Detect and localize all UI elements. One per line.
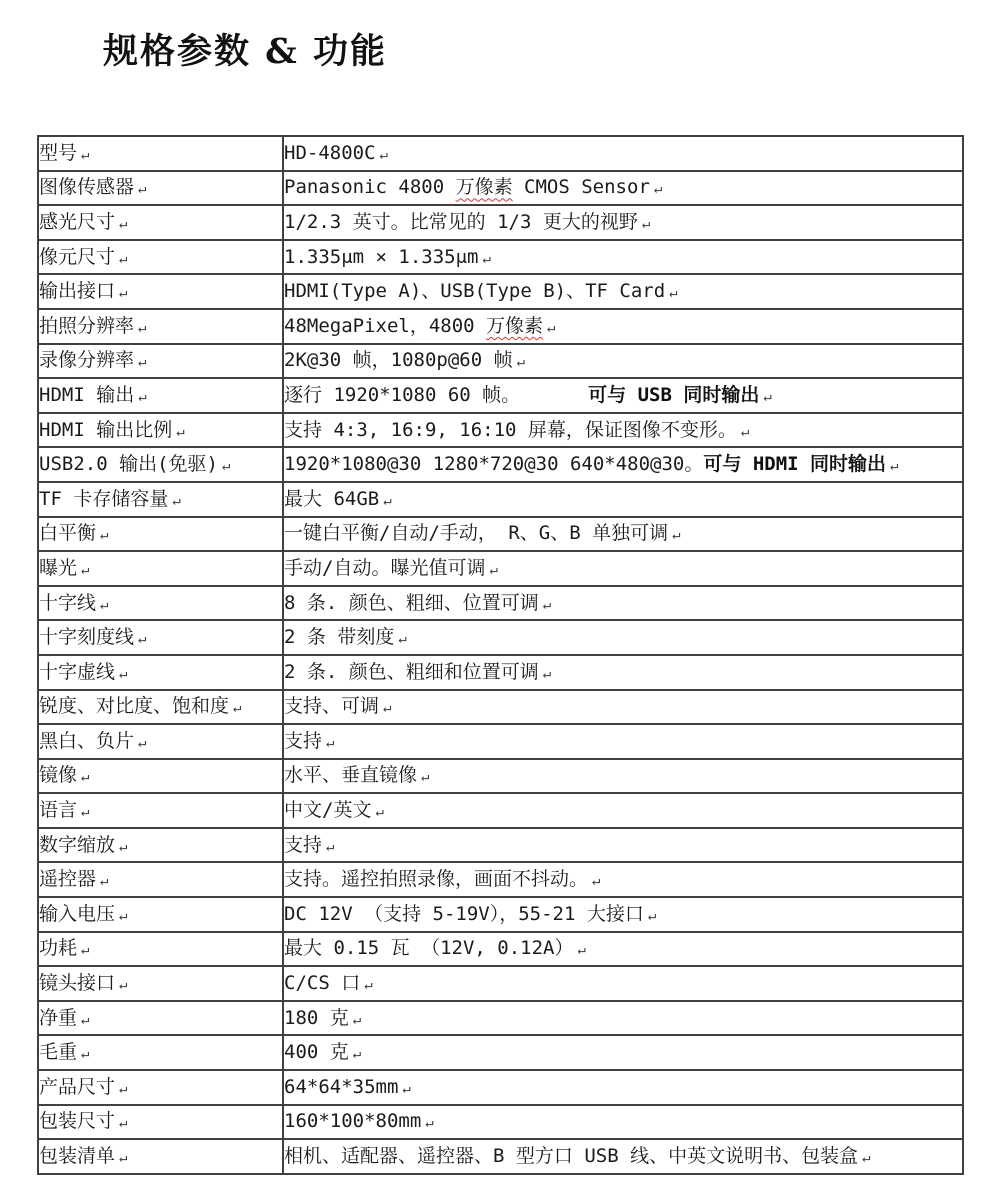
spec-label-cell: 数字缩放↵ xyxy=(38,828,283,863)
spec-value-text: 支持。遥控拍照录像，画面不抖动。 xyxy=(284,868,588,890)
table-row: HDMI 输出比例↵支持 4:3, 16:9, 16:10 屏幕，保证图像不变形… xyxy=(38,413,963,448)
spec-value-text: 2 条. 颜色、粗细和位置可调 xyxy=(284,661,539,683)
spec-value-text: 1/2.3 英寸。比常见的 1/3 更大的视野 xyxy=(284,211,638,233)
spec-value-text: 1.335μm × 1.335μm xyxy=(284,246,478,268)
pilcrow-mark: ↵ xyxy=(862,1150,870,1166)
spec-value-cell: Panasonic 4800 万像素 CMOS Sensor↵ xyxy=(283,171,963,206)
table-row: 黑白、负片↵支持↵ xyxy=(38,724,963,759)
spec-label-cell: 输出接口↵ xyxy=(38,274,283,309)
pilcrow-mark: ↵ xyxy=(233,700,241,716)
spec-label-cell: 曝光↵ xyxy=(38,551,283,586)
spec-value-text: 逐行 1920*1080 60 帧。 xyxy=(284,384,520,406)
spec-value-cell: 手动/自动。曝光值可调↵ xyxy=(283,551,963,586)
spec-label-cell: 镜像↵ xyxy=(38,759,283,794)
table-row: 像元尺寸↵1.335μm × 1.335μm↵ xyxy=(38,240,963,275)
table-row: 语言↵中文/英文↵ xyxy=(38,793,963,828)
spec-value-cell: 2K@30 帧，1080p@60 帧↵ xyxy=(283,344,963,379)
spec-value-cell: 支持、可调↵ xyxy=(283,690,963,725)
spec-value-cell: 180 克↵ xyxy=(283,1001,963,1036)
pilcrow-mark: ↵ xyxy=(648,908,656,924)
spec-value-cell: 2 条 带刻度↵ xyxy=(283,620,963,655)
spec-label-text: 包装清单 xyxy=(39,1145,115,1167)
spec-label-text: 型号 xyxy=(39,142,77,164)
spec-value-text: 最大 64GB xyxy=(284,488,379,510)
pilcrow-mark: ↵ xyxy=(402,1081,410,1097)
table-row: 拍照分辨率↵48MegaPixel，4800 万像素↵ xyxy=(38,309,963,344)
pilcrow-mark: ↵ xyxy=(119,216,127,232)
pilcrow-mark: ↵ xyxy=(119,908,127,924)
spec-value-text: 180 克 xyxy=(284,1007,349,1029)
spec-label-text: 录像分辨率 xyxy=(39,349,134,371)
pilcrow-mark: ↵ xyxy=(119,839,127,855)
table-row: 包装清单↵相机、适配器、遥控器、B 型方口 USB 线、中英文说明书、包装盒↵ xyxy=(38,1139,963,1174)
pilcrow-mark: ↵ xyxy=(547,320,555,336)
spec-label-text: USB2.0 输出(免驱) xyxy=(39,453,218,475)
pilcrow-mark: ↵ xyxy=(119,1150,127,1166)
spec-value-text: 支持、可调 xyxy=(284,695,379,717)
pilcrow-mark: ↵ xyxy=(81,769,89,785)
pilcrow-mark: ↵ xyxy=(172,493,180,509)
pilcrow-mark: ↵ xyxy=(326,735,334,751)
spec-label-cell: 黑白、负片↵ xyxy=(38,724,283,759)
spec-value-text: 8 条. 颜色、粗细、位置可调 xyxy=(284,592,539,614)
pilcrow-mark: ↵ xyxy=(425,1115,433,1131)
table-row: TF 卡存储容量↵最大 64GB↵ xyxy=(38,482,963,517)
spec-label-cell: 毛重↵ xyxy=(38,1035,283,1070)
pilcrow-mark: ↵ xyxy=(81,562,89,578)
spec-value-text: 400 克 xyxy=(284,1041,349,1063)
spec-value-text: 48MegaPixel，4800 xyxy=(284,315,486,337)
pilcrow-mark: ↵ xyxy=(669,285,677,301)
spec-label-cell: 录像分辨率↵ xyxy=(38,344,283,379)
spec-value-text: 万像素 xyxy=(486,315,543,337)
table-row: 镜头接口↵C/CS 口↵ xyxy=(38,966,963,1001)
spec-label-cell: HDMI 输出↵ xyxy=(38,378,283,413)
pilcrow-mark: ↵ xyxy=(380,147,388,163)
pilcrow-mark: ↵ xyxy=(81,1012,89,1028)
spec-label-text: HDMI 输出 xyxy=(39,384,134,406)
pilcrow-mark: ↵ xyxy=(119,285,127,301)
spec-label-cell: 净重↵ xyxy=(38,1001,283,1036)
spec-value-text: 水平、垂直镜像 xyxy=(284,764,417,786)
pilcrow-mark: ↵ xyxy=(326,839,334,855)
pilcrow-mark: ↵ xyxy=(119,666,127,682)
spec-label-text: 包装尺寸 xyxy=(39,1110,115,1132)
spec-label-text: 净重 xyxy=(39,1007,77,1029)
spec-value-text: 160*100*80mm xyxy=(284,1110,421,1132)
pilcrow-mark: ↵ xyxy=(654,181,662,197)
spec-value-cell: 逐行 1920*1080 60 帧。可与 USB 同时输出↵ xyxy=(283,378,963,413)
table-row: 输入电压↵DC 12V （支持 5-19V），55-21 大接口↵ xyxy=(38,897,963,932)
pilcrow-mark: ↵ xyxy=(81,942,89,958)
spec-value-text: 2K@30 帧，1080p@60 帧 xyxy=(284,349,513,371)
spec-label-text: 产品尺寸 xyxy=(39,1076,115,1098)
spec-value-text: DC 12V （支持 5-19V），55-21 大接口 xyxy=(284,903,644,925)
spec-label-text: 输入电压 xyxy=(39,903,115,925)
spec-label-text: TF 卡存储容量 xyxy=(39,488,168,510)
spec-label-cell: 十字刻度线↵ xyxy=(38,620,283,655)
spec-label-cell: 输入电压↵ xyxy=(38,897,283,932)
spec-label-text: 黑白、负片 xyxy=(39,730,134,752)
spec-label-text: 十字刻度线 xyxy=(39,626,134,648)
spec-label-cell: 十字虚线↵ xyxy=(38,655,283,690)
pilcrow-mark: ↵ xyxy=(119,977,127,993)
spec-value-cell: 1/2.3 英寸。比常见的 1/3 更大的视野↵ xyxy=(283,205,963,240)
pilcrow-mark: ↵ xyxy=(119,251,127,267)
spec-label-cell: 遥控器↵ xyxy=(38,862,283,897)
spec-label-cell: 拍照分辨率↵ xyxy=(38,309,283,344)
pilcrow-mark: ↵ xyxy=(81,147,89,163)
table-row: 输出接口↵HDMI(Type A)、USB(Type B)、TF Card↵ xyxy=(38,274,963,309)
spec-value-text: 万像素 xyxy=(456,176,513,198)
spec-value-cell: C/CS 口↵ xyxy=(283,966,963,1001)
table-row: 产品尺寸↵64*64*35mm↵ xyxy=(38,1070,963,1105)
spec-value-text: Panasonic 4800 xyxy=(284,176,456,198)
pilcrow-mark: ↵ xyxy=(421,769,429,785)
spec-label-cell: 图像传感器↵ xyxy=(38,171,283,206)
spec-label-cell: 白平衡↵ xyxy=(38,517,283,552)
spec-table: 型号↵HD-4800C↵图像传感器↵Panasonic 4800 万像素 CMO… xyxy=(37,135,964,1175)
pilcrow-mark: ↵ xyxy=(890,458,898,474)
spec-value-text: 2 条 带刻度 xyxy=(284,626,394,648)
spec-label-text: 功耗 xyxy=(39,937,77,959)
spec-label-cell: 感光尺寸↵ xyxy=(38,205,283,240)
spec-label-text: 感光尺寸 xyxy=(39,211,115,233)
pilcrow-mark: ↵ xyxy=(100,527,108,543)
spec-value-cell: 相机、适配器、遥控器、B 型方口 USB 线、中英文说明书、包装盒↵ xyxy=(283,1139,963,1174)
spec-label-text: 毛重 xyxy=(39,1041,77,1063)
table-row: 十字虚线↵2 条. 颜色、粗细和位置可调↵ xyxy=(38,655,963,690)
spec-label-text: 镜像 xyxy=(39,764,77,786)
pilcrow-mark: ↵ xyxy=(138,631,146,647)
spec-value-text: 支持 xyxy=(284,730,322,752)
pilcrow-mark: ↵ xyxy=(176,424,184,440)
spec-value-text: 中文/英文 xyxy=(284,799,371,821)
spec-value-cell: 中文/英文↵ xyxy=(283,793,963,828)
pilcrow-mark: ↵ xyxy=(119,1115,127,1131)
spec-label-text: 十字虚线 xyxy=(39,661,115,683)
pilcrow-mark: ↵ xyxy=(763,389,771,405)
spec-label-cell: 包装尺寸↵ xyxy=(38,1105,283,1140)
spec-label-cell: 像元尺寸↵ xyxy=(38,240,283,275)
spec-value-cell: 8 条. 颜色、粗细、位置可调↵ xyxy=(283,586,963,621)
spec-label-text: 像元尺寸 xyxy=(39,246,115,268)
pilcrow-mark: ↵ xyxy=(138,320,146,336)
spec-label-cell: 产品尺寸↵ xyxy=(38,1070,283,1105)
table-row: HDMI 输出↵逐行 1920*1080 60 帧。可与 USB 同时输出↵ xyxy=(38,378,963,413)
spec-label-cell: 包装清单↵ xyxy=(38,1139,283,1174)
pilcrow-mark: ↵ xyxy=(138,354,146,370)
pilcrow-mark: ↵ xyxy=(383,700,391,716)
spec-value-text: 一键白平衡/自动/手动， R、G、B 单独可调 xyxy=(284,522,668,544)
pilcrow-mark: ↵ xyxy=(138,389,146,405)
spec-value-text: 手动/自动。曝光值可调 xyxy=(284,557,485,579)
spec-value-cell: 2 条. 颜色、粗细和位置可调↵ xyxy=(283,655,963,690)
table-row: 锐度、对比度、饱和度↵支持、可调↵ xyxy=(38,690,963,725)
table-row: 镜像↵水平、垂直镜像↵ xyxy=(38,759,963,794)
pilcrow-mark: ↵ xyxy=(592,873,600,889)
spec-label-text: 语言 xyxy=(39,799,77,821)
spec-label-text: 图像传感器 xyxy=(39,176,134,198)
spec-value-cell: 48MegaPixel，4800 万像素↵ xyxy=(283,309,963,344)
spec-value-cell: 一键白平衡/自动/手动， R、G、B 单独可调↵ xyxy=(283,517,963,552)
table-row: 录像分辨率↵2K@30 帧，1080p@60 帧↵ xyxy=(38,344,963,379)
spec-label-text: 曝光 xyxy=(39,557,77,579)
spec-value-text: 支持 4:3, 16:9, 16:10 屏幕，保证图像不变形。 xyxy=(284,419,737,441)
spec-value-cell: 1.335μm × 1.335μm↵ xyxy=(283,240,963,275)
pilcrow-mark: ↵ xyxy=(741,424,749,440)
spec-table-body: 型号↵HD-4800C↵图像传感器↵Panasonic 4800 万像素 CMO… xyxy=(38,136,963,1174)
pilcrow-mark: ↵ xyxy=(482,251,490,267)
spec-label-text: 遥控器 xyxy=(39,868,96,890)
table-row: 曝光↵手动/自动。曝光值可调↵ xyxy=(38,551,963,586)
page-title: 规格参数 & 功能 xyxy=(103,24,387,74)
spec-label-text: 输出接口 xyxy=(39,280,115,302)
spec-sheet-page: { "page": { "title": "规格参数 & 功能" }, "mar… xyxy=(0,0,1000,1200)
spec-value-text: HDMI(Type A)、USB(Type B)、TF Card xyxy=(284,280,665,302)
pilcrow-mark: ↵ xyxy=(222,458,230,474)
spec-label-cell: 功耗↵ xyxy=(38,932,283,967)
spec-value-cell: 1920*1080@30 1280*720@30 640*480@30。可与 H… xyxy=(283,447,963,482)
pilcrow-mark: ↵ xyxy=(81,1046,89,1062)
pilcrow-mark: ↵ xyxy=(543,597,551,613)
spec-label-cell: 十字线↵ xyxy=(38,586,283,621)
pilcrow-mark: ↵ xyxy=(517,354,525,370)
spec-label-text: 锐度、对比度、饱和度 xyxy=(39,695,229,717)
table-row: 数字缩放↵支持↵ xyxy=(38,828,963,863)
spec-value-text: 1920*1080@30 1280*720@30 640*480@30。 xyxy=(284,453,703,475)
spec-label-text: 拍照分辨率 xyxy=(39,315,134,337)
spec-label-text: 镜头接口 xyxy=(39,972,115,994)
spec-label-cell: HDMI 输出比例↵ xyxy=(38,413,283,448)
spec-value-cell: 支持 4:3, 16:9, 16:10 屏幕，保证图像不变形。↵ xyxy=(283,413,963,448)
spec-label-text: HDMI 输出比例 xyxy=(39,419,172,441)
pilcrow-mark: ↵ xyxy=(81,804,89,820)
spec-label-text: 白平衡 xyxy=(39,522,96,544)
table-row: USB2.0 输出(免驱)↵1920*1080@30 1280*720@30 6… xyxy=(38,447,963,482)
pilcrow-mark: ↵ xyxy=(100,873,108,889)
pilcrow-mark: ↵ xyxy=(138,181,146,197)
spec-label-text: 数字缩放 xyxy=(39,834,115,856)
pilcrow-mark: ↵ xyxy=(543,666,551,682)
spec-value-cell: 64*64*35mm↵ xyxy=(283,1070,963,1105)
pilcrow-mark: ↵ xyxy=(375,804,383,820)
spec-value-cell: 支持↵ xyxy=(283,828,963,863)
spec-value-cell: 400 克↵ xyxy=(283,1035,963,1070)
spec-label-cell: 锐度、对比度、饱和度↵ xyxy=(38,690,283,725)
pilcrow-mark: ↵ xyxy=(353,1012,361,1028)
spec-value-text: C/CS 口 xyxy=(284,972,360,994)
pilcrow-mark: ↵ xyxy=(398,631,406,647)
table-row: 净重↵180 克↵ xyxy=(38,1001,963,1036)
spec-value-cell: 水平、垂直镜像↵ xyxy=(283,759,963,794)
spec-value-text: HD-4800C xyxy=(284,142,376,164)
table-row: 毛重↵400 克↵ xyxy=(38,1035,963,1070)
spec-value-cell: 最大 64GB↵ xyxy=(283,482,963,517)
pilcrow-mark: ↵ xyxy=(364,977,372,993)
spec-label-text: 十字线 xyxy=(39,592,96,614)
pilcrow-mark: ↵ xyxy=(577,942,585,958)
pilcrow-mark: ↵ xyxy=(119,1081,127,1097)
spec-value-text: 最大 0.15 瓦 （12V, 0.12A） xyxy=(284,937,573,959)
pilcrow-mark: ↵ xyxy=(353,1046,361,1062)
spec-value-text: 64*64*35mm xyxy=(284,1076,398,1098)
spec-value-text: 支持 xyxy=(284,834,322,856)
spec-value-cell: 最大 0.15 瓦 （12V, 0.12A）↵ xyxy=(283,932,963,967)
spec-label-cell: TF 卡存储容量↵ xyxy=(38,482,283,517)
table-row: 遥控器↵支持。遥控拍照录像，画面不抖动。↵ xyxy=(38,862,963,897)
spec-label-cell: 语言↵ xyxy=(38,793,283,828)
table-row: 功耗↵最大 0.15 瓦 （12V, 0.12A）↵ xyxy=(38,932,963,967)
spec-label-cell: USB2.0 输出(免驱)↵ xyxy=(38,447,283,482)
table-row: 包装尺寸↵160*100*80mm↵ xyxy=(38,1105,963,1140)
pilcrow-mark: ↵ xyxy=(672,527,680,543)
spec-value-cell: 支持↵ xyxy=(283,724,963,759)
spec-label-cell: 型号↵ xyxy=(38,136,283,171)
table-row: 十字线↵8 条. 颜色、粗细、位置可调↵ xyxy=(38,586,963,621)
spec-value-cell: 支持。遥控拍照录像，画面不抖动。↵ xyxy=(283,862,963,897)
table-row: 图像传感器↵Panasonic 4800 万像素 CMOS Sensor↵ xyxy=(38,171,963,206)
spec-value-text: 相机、适配器、遥控器、B 型方口 USB 线、中英文说明书、包装盒 xyxy=(284,1145,858,1167)
pilcrow-mark: ↵ xyxy=(642,216,650,232)
spec-value-cell: DC 12V （支持 5-19V），55-21 大接口↵ xyxy=(283,897,963,932)
spec-value-cell: HDMI(Type A)、USB(Type B)、TF Card↵ xyxy=(283,274,963,309)
table-row: 十字刻度线↵2 条 带刻度↵ xyxy=(38,620,963,655)
table-row: 型号↵HD-4800C↵ xyxy=(38,136,963,171)
pilcrow-mark: ↵ xyxy=(100,597,108,613)
spec-value-cell: HD-4800C↵ xyxy=(283,136,963,171)
spec-value-text: 可与 USB 同时输出 xyxy=(588,384,759,406)
pilcrow-mark: ↵ xyxy=(383,493,391,509)
table-row: 白平衡↵一键白平衡/自动/手动， R、G、B 单独可调↵ xyxy=(38,517,963,552)
spec-value-text: 可与 HDMI 同时输出 xyxy=(703,453,886,475)
spec-label-cell: 镜头接口↵ xyxy=(38,966,283,1001)
spec-value-cell: 160*100*80mm↵ xyxy=(283,1105,963,1140)
pilcrow-mark: ↵ xyxy=(489,562,497,578)
spec-value-text: CMOS Sensor xyxy=(513,176,650,198)
table-row: 感光尺寸↵1/2.3 英寸。比常见的 1/3 更大的视野↵ xyxy=(38,205,963,240)
pilcrow-mark: ↵ xyxy=(138,735,146,751)
